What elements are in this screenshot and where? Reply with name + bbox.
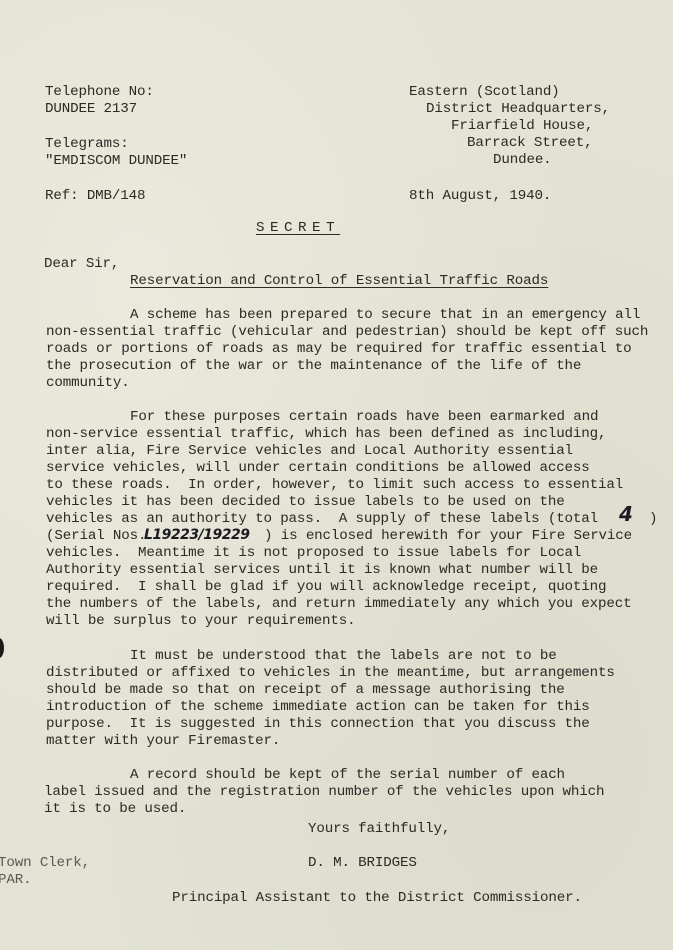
- paragraph-line: ) is enclosed herewith for your Fire Ser…: [264, 528, 632, 545]
- paragraph-line: it is to be used.: [44, 801, 186, 818]
- paragraph-line: A scheme has been prepared to secure tha…: [130, 307, 640, 324]
- paragraph-line: community.: [46, 375, 130, 392]
- address-line-4: Barrack Street,: [467, 135, 592, 152]
- paragraph-line: distributed or affixed to vehicles in th…: [46, 665, 615, 682]
- paragraph-line: matter with your Firemaster.: [46, 733, 280, 750]
- closing: Yours faithfully,: [308, 821, 450, 838]
- paragraph-line: to these roads. In order, however, to li…: [46, 477, 623, 494]
- paragraph-line: service vehicles, will under certain con…: [46, 460, 590, 477]
- paragraph-line: the prosecution of the war or the mainte…: [46, 358, 581, 375]
- paragraph-line: introduction of the scheme immediate act…: [46, 699, 590, 716]
- paragraph-line: required. I shall be glad if you will ac…: [46, 579, 606, 596]
- subject-line: Reservation and Control of Essential Tra…: [130, 273, 548, 290]
- paragraph-line: vehicles. Meantime it is not proposed to…: [46, 545, 581, 562]
- address-line-5: Dundee.: [493, 152, 552, 169]
- telegrams-address: "EMDISCOM DUNDEE": [45, 153, 187, 170]
- telephone-label: Telephone No:: [45, 84, 154, 101]
- paragraph-line: roads or portions of roads as may be req…: [46, 341, 631, 358]
- signatory-name: D. M. BRIDGES: [308, 855, 417, 872]
- paragraph-line: label issued and the registration number…: [44, 784, 604, 801]
- telegrams-label: Telegrams:: [45, 136, 129, 153]
- paragraph-line: (Serial Nos.: [46, 528, 146, 545]
- punch-hole: [0, 638, 4, 658]
- paragraph-line: vehicles as an authority to pass. A supp…: [46, 511, 598, 528]
- address-line-2: District Headquarters,: [426, 101, 610, 118]
- address-line-3: Friarfield House,: [451, 118, 593, 135]
- letter-date: 8th August, 1940.: [409, 188, 551, 205]
- paragraph-line: non-essential traffic (vehicular and ped…: [46, 324, 648, 341]
- paragraph-line: For these purposes certain roads have be…: [130, 409, 598, 426]
- addressee-line-2: PAR.: [0, 872, 31, 889]
- address-line-1: Eastern (Scotland): [409, 84, 560, 101]
- telephone-number: DUNDEE 2137: [45, 101, 137, 118]
- paragraph-line: should be made so that on receipt of a m…: [46, 682, 565, 699]
- handwritten-total: 4: [619, 506, 632, 523]
- paragraph-line: the numbers of the labels, and return im…: [46, 596, 631, 613]
- paragraph-line: Authority essential services until it is…: [46, 562, 598, 579]
- addressee-line-1: Town Clerk,: [0, 855, 90, 872]
- handwritten-serial-numbers: L19223/19229: [144, 527, 249, 544]
- paragraph-line: It must be understood that the labels ar…: [130, 648, 557, 665]
- salutation: Dear Sir,: [44, 256, 119, 273]
- paragraph-line: vehicles it has been decided to issue la…: [46, 494, 565, 511]
- paragraph-line: A record should be kept of the serial nu…: [130, 767, 565, 784]
- paragraph-line: will be surplus to your requirements.: [46, 613, 355, 630]
- paragraph-line: purpose. It is suggested in this connect…: [46, 716, 590, 733]
- paragraph-line: ): [649, 511, 657, 528]
- reference: Ref: DMB/148: [45, 188, 145, 205]
- classification-heading: SECRET: [256, 220, 340, 237]
- paragraph-line: inter alia, Fire Service vehicles and Lo…: [46, 443, 573, 460]
- paragraph-line: non-service essential traffic, which has…: [46, 426, 606, 443]
- signatory-title: Principal Assistant to the District Comm…: [172, 890, 582, 907]
